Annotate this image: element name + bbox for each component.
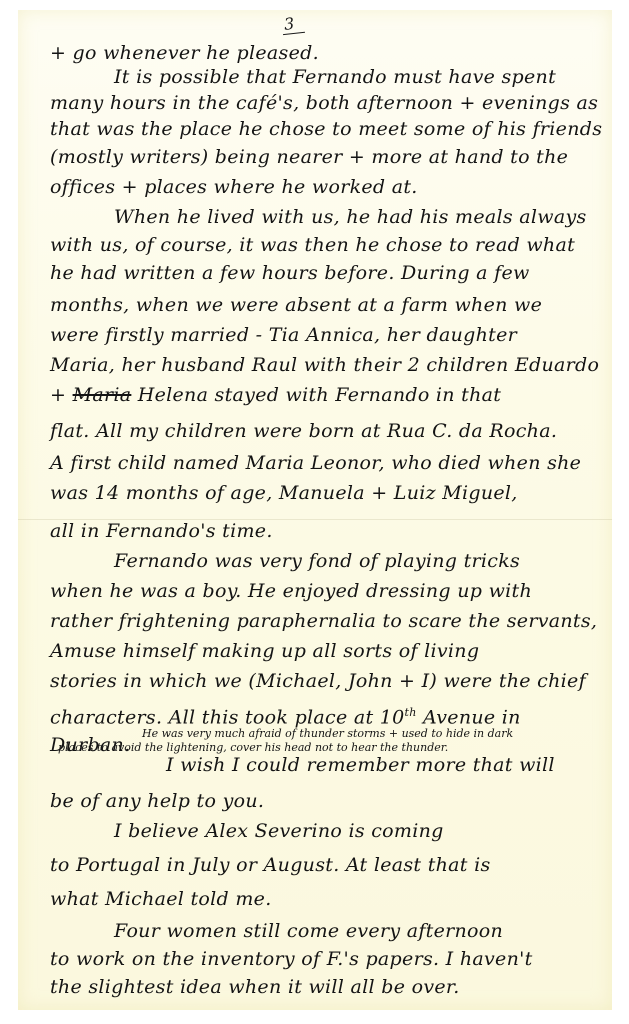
- letter-line: were firstly married - Tia Annica, her d…: [50, 324, 517, 346]
- line-text: characters. All this took place at 10: [50, 706, 405, 728]
- letter-line: all in Fernando's time.: [50, 520, 273, 542]
- inserted-note-line: He was very much afraid of thunder storm…: [142, 728, 513, 740]
- ordinal-suffix: th: [405, 706, 417, 719]
- letter-line: + Maria Helena stayed with Fernando in t…: [50, 384, 501, 406]
- line-text: Avenue in: [417, 706, 521, 728]
- letter-line: that was the place he chose to meet some…: [50, 118, 602, 140]
- letter-line: stories in which we (Michael, John + I) …: [50, 670, 586, 692]
- letter-line: It is possible that Fernando must have s…: [114, 66, 556, 88]
- letter-line: A first child named Maria Leonor, who di…: [50, 452, 581, 474]
- letter-line: months, when we were absent at a farm wh…: [50, 294, 542, 316]
- letter-line: the slightest idea when it will all be o…: [50, 976, 460, 998]
- letter-line: (mostly writers) being nearer + more at …: [50, 146, 568, 168]
- letter-line: rather frightening paraphernalia to scar…: [50, 610, 597, 632]
- letter-line: characters. All this took place at 10th …: [50, 702, 521, 728]
- letter-line: was 14 months of age, Manuela + Luiz Mig…: [50, 482, 518, 504]
- letter-line: be of any help to you.: [50, 790, 264, 812]
- letter-line: to Portugal in July or August. At least …: [50, 854, 491, 876]
- letter-line: Amuse himself making up all sorts of liv…: [50, 640, 479, 662]
- letter-line: I wish I could remember more that will: [166, 754, 555, 776]
- letter-line: Four women still come every afternoon: [114, 920, 503, 942]
- letter-line: flat. All my children were born at Rua C…: [50, 420, 557, 442]
- letter-line: + go whenever he pleased.: [50, 42, 319, 64]
- letter-line: Maria, her husband Raul with their 2 chi…: [50, 354, 599, 376]
- letter-line: many hours in the café's, both afternoon…: [50, 92, 598, 114]
- inserted-note-line: places to avoid the lightening, cover hi…: [58, 742, 448, 754]
- letter-line: offices + places where he worked at.: [50, 176, 418, 198]
- page-number: 3: [281, 13, 305, 35]
- letter-line: when he was a boy. He enjoyed dressing u…: [50, 580, 532, 602]
- letter-line: with us, of course, it was then he chose…: [50, 234, 575, 256]
- letter-page: 3 + go whenever he pleased. It is possib…: [18, 10, 612, 1010]
- letter-line: to work on the inventory of F.'s papers.…: [50, 948, 533, 970]
- letter-line: Fernando was very fond of playing tricks: [114, 550, 520, 572]
- letter-line: what Michael told me.: [50, 888, 272, 910]
- plus-sign: +: [50, 384, 66, 406]
- struck-out-word: Maria: [73, 384, 132, 406]
- letter-line: I believe Alex Severino is coming: [114, 820, 444, 842]
- letter-line: When he lived with us, he had his meals …: [114, 206, 587, 228]
- letter-line: he had written a few hours before. Durin…: [50, 262, 530, 284]
- line-text: Helena stayed with Fernando in that: [138, 384, 501, 406]
